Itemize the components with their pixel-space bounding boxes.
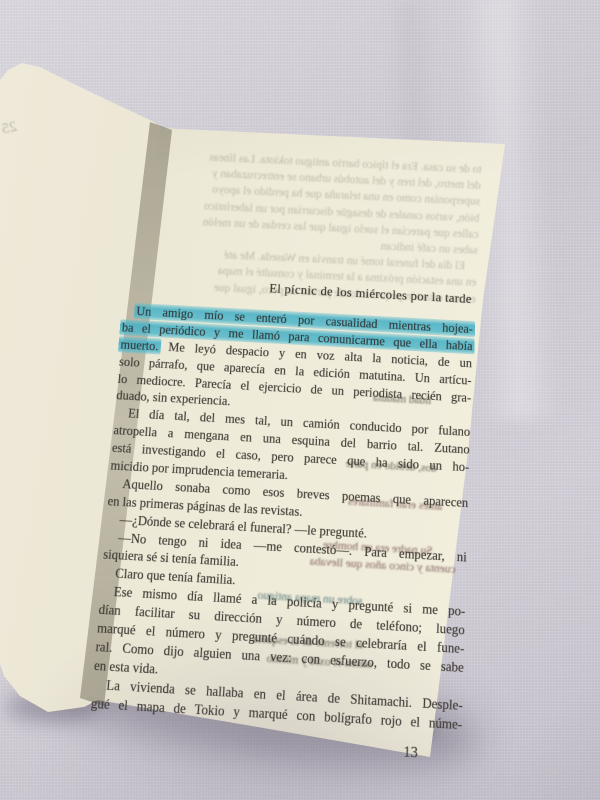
book-photo-scene: 25 to de su casa. Era el típico barrio a… [0,0,600,800]
body-text: Un amigo mío se enteró por casualidad mi… [90,302,473,734]
text-segment: en esta vida. [94,658,159,677]
highlighted-text: muerto. [118,336,161,354]
right-page-text: lidad madulados, debido en parteantes er… [88,273,474,765]
bleedthrough-page-number: 25 [0,119,18,139]
